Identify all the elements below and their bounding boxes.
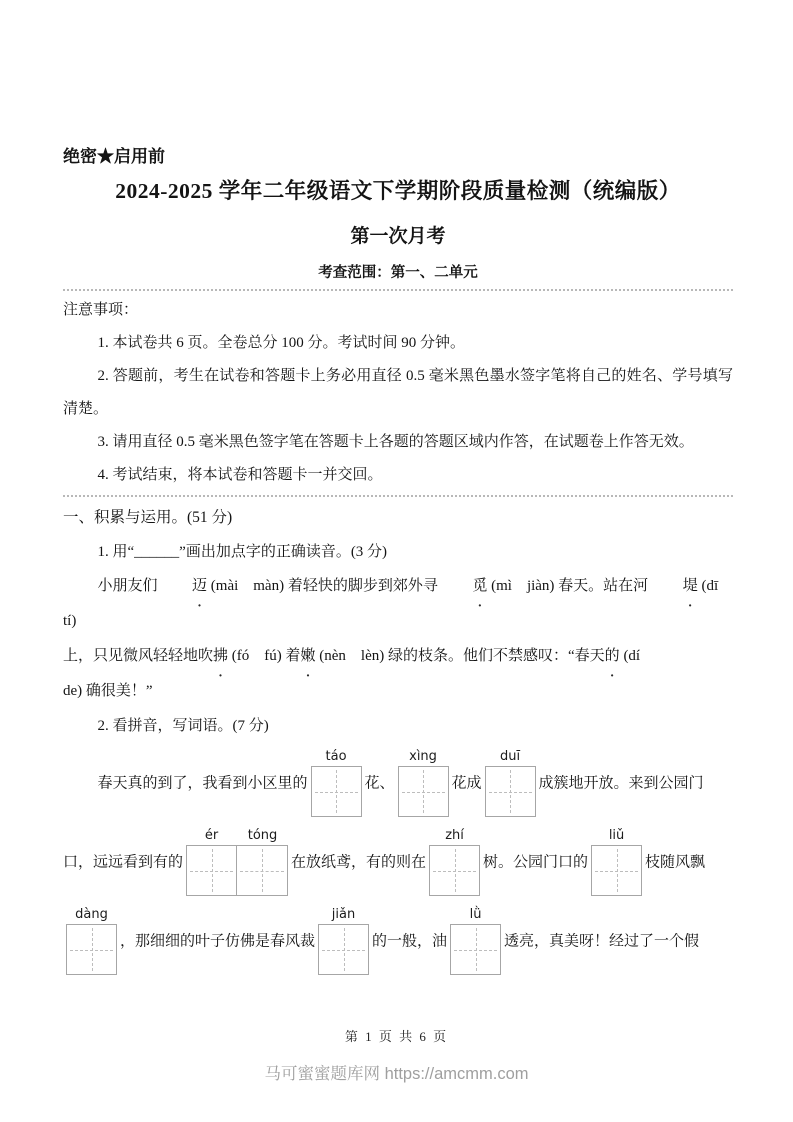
question-1-prompt: 1. 用“______”画出加点字的正确读音。(3 分) (63, 535, 733, 569)
text-segment: 成簇地开放。来到公园门 (539, 776, 704, 792)
text-segment: (dí (620, 648, 640, 664)
pinyin-writing-box-group: liǔ (591, 826, 642, 896)
exam-scope: 考查范围：第一、二单元 (63, 261, 733, 282)
pinyin-writing-box-group: zhí (429, 826, 480, 896)
answer-line: 口，远远看到有的értóng在放纸鸢，有的则在zhí树。公园门口的liǔ枝随风飘 (63, 826, 733, 896)
writing-box-unit: tóng (237, 826, 288, 896)
pinyin-writing-box-group: értóng (186, 826, 288, 896)
pinyin-label: táo (311, 747, 362, 766)
dotted-character: 堤 (648, 569, 698, 604)
writing-box-unit: lǜ (450, 905, 501, 975)
box-horizontal-dash (190, 871, 233, 872)
passage-line: 小朋友们迈 (mài màn) 着轻快的脚步到郊外寻觅 (mì jiàn) 春天… (63, 569, 733, 639)
pinyin-label: ér (186, 826, 237, 845)
box-horizontal-dash (454, 950, 497, 951)
text-segment: ，那细细的叶子仿佛是春风裁 (120, 934, 315, 950)
text-segment: (mì jiàn) 春天。站在河 (487, 578, 648, 594)
text-segment: 的一般，油 (372, 934, 447, 950)
pinyin-label: dàng (66, 905, 117, 924)
box-horizontal-dash (315, 792, 358, 793)
text-segment: 在放纸鸢，有的则在 (291, 855, 426, 871)
writing-box[interactable] (450, 924, 501, 975)
writing-box[interactable] (591, 845, 642, 896)
pinyin-writing-box-group: táo (311, 747, 362, 817)
dotted-character: 拂 (213, 639, 228, 674)
dotted-divider-bottom (63, 495, 733, 497)
box-horizontal-dash (70, 950, 113, 951)
writing-box[interactable] (66, 924, 117, 975)
notice-item: 1. 本试卷共 6 页。全卷总分 100 分。考试时间 90 分钟。 (63, 327, 733, 360)
question-1-passage: 小朋友们迈 (mài màn) 着轻快的脚步到郊外寻觅 (mì jiàn) 春天… (63, 569, 733, 709)
writing-box[interactable] (398, 766, 449, 817)
pinyin-label: liǔ (591, 826, 642, 845)
question-2-answer-area: 春天真的到了，我看到小区里的táo花、xìng花成duī成簇地开放。来到公园门口… (63, 747, 733, 975)
text-segment: 透亮，真美呀！经过了一个假 (504, 934, 699, 950)
text-segment: (mài màn) 着轻快的脚步到郊外寻 (207, 578, 438, 594)
notice-heading: 注意事项： (63, 294, 733, 327)
notice-item: 2. 答题前，考生在试卷和答题卡上务必用直径 0.5 毫米黑色墨水签字笔将自己的… (63, 360, 733, 426)
dotted-character: 觅 (438, 569, 488, 604)
text-segment: (fó fú) 着 (228, 648, 300, 664)
dotted-character: 的 (605, 639, 620, 674)
box-horizontal-dash (240, 871, 284, 872)
writing-box-unit: xìng (398, 747, 449, 817)
writing-box[interactable] (237, 845, 288, 896)
dotted-divider-top (63, 289, 733, 291)
answer-line: 春天真的到了，我看到小区里的táo花、xìng花成duī成簇地开放。来到公园门 (63, 747, 733, 817)
box-horizontal-dash (402, 792, 445, 793)
dotted-character: 迈 (158, 569, 208, 604)
security-classification-label: 绝密★启用前 (63, 142, 733, 167)
passage-line: 上，只见微风轻轻地吹拂 (fó fú) 着嫩 (nèn lèn) 绿的枝条。他们… (63, 639, 733, 674)
text-segment: 小朋友们 (98, 578, 158, 594)
answer-line: dàng，那细细的叶子仿佛是春风裁jiǎn的一般，油lǜ透亮，真美呀！经过了一个… (63, 905, 733, 975)
question-2-prompt: 2. 看拼音，写词语。(7 分) (63, 709, 733, 743)
text-segment: (nèn lèn) 绿的枝条。他们不禁感叹：“春天 (316, 648, 605, 664)
text-segment: 花成 (452, 776, 482, 792)
pinyin-writing-box-group: jiǎn (318, 905, 369, 975)
writing-box[interactable] (186, 845, 237, 896)
exam-subtitle: 第一次月考 (63, 221, 733, 248)
exam-page: 绝密★启用前 2024-2025 学年二年级语文下学期阶段质量检测（统编版） 第… (0, 0, 793, 1122)
writing-box[interactable] (429, 845, 480, 896)
pinyin-writing-box-group: duī (485, 747, 536, 817)
box-horizontal-dash (489, 792, 532, 793)
text-segment: 枝随风飘 (645, 855, 705, 871)
pinyin-label: lǜ (450, 905, 501, 924)
text-segment: 口，远远看到有的 (63, 855, 183, 871)
writing-box-unit: dàng (66, 905, 117, 975)
dotted-character: 嫩 (301, 639, 316, 674)
writing-box[interactable] (311, 766, 362, 817)
watermark: 马可蜜蜜题库网 https://amcmm.com (0, 1060, 793, 1084)
page-content: 绝密★启用前 2024-2025 学年二年级语文下学期阶段质量检测（统编版） 第… (63, 142, 733, 984)
pinyin-writing-box-group: dàng (66, 905, 117, 975)
pinyin-label: zhí (429, 826, 480, 845)
box-horizontal-dash (433, 871, 476, 872)
writing-box-unit: táo (311, 747, 362, 817)
text-segment: 树。公园门口的 (483, 855, 588, 871)
text-segment: 春天真的到了，我看到小区里的 (98, 776, 308, 792)
notice-item: 3. 请用直径 0.5 毫米黑色签字笔在答题卡上各题的答题区域内作答，在试题卷上… (63, 426, 733, 459)
text-segment: 花、 (365, 776, 395, 792)
pinyin-label: tóng (237, 826, 288, 845)
writing-box-unit: duī (485, 747, 536, 817)
page-number: 第 1 页 共 6 页 (0, 1026, 793, 1045)
passage-line: de) 确很美！” (63, 674, 733, 709)
exam-title: 2024-2025 学年二年级语文下学期阶段质量检测（统编版） (63, 175, 733, 207)
writing-box[interactable] (318, 924, 369, 975)
box-horizontal-dash (595, 871, 638, 872)
writing-box-unit: jiǎn (318, 905, 369, 975)
box-horizontal-dash (322, 950, 365, 951)
notice-list: 1. 本试卷共 6 页。全卷总分 100 分。考试时间 90 分钟。2. 答题前… (63, 327, 733, 492)
text-segment: 上，只见微风轻轻地吹 (63, 648, 213, 664)
notice-item: 4. 考试结束，将本试卷和答题卡一并交回。 (63, 459, 733, 492)
writing-box[interactable] (485, 766, 536, 817)
section-1-heading: 一、积累与运用。(51 分) (63, 501, 733, 535)
pinyin-writing-box-group: lǜ (450, 905, 501, 975)
pinyin-writing-box-group: xìng (398, 747, 449, 817)
pinyin-label: duī (485, 747, 536, 766)
writing-box-unit: ér (186, 826, 237, 896)
text-segment: de) 确很美！” (63, 683, 153, 699)
writing-box-unit: liǔ (591, 826, 642, 896)
writing-box-unit: zhí (429, 826, 480, 896)
pinyin-label: jiǎn (318, 905, 369, 924)
pinyin-label: xìng (398, 747, 449, 766)
